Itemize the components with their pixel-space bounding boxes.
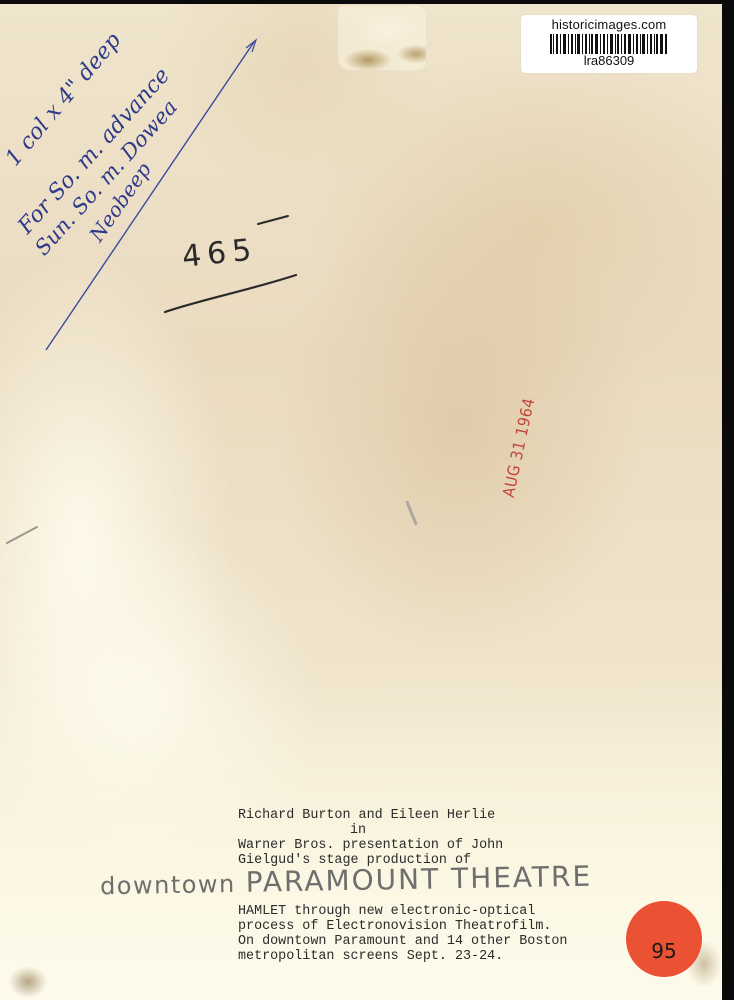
- typed-caption-top: Richard Burton and Eileen Herlie inWarne…: [238, 808, 503, 868]
- stain-bottom-left: [4, 956, 52, 1000]
- caption-line: On downtown Paramount and 14 other Bosto…: [238, 934, 567, 949]
- pencil-annotation-lower: downtown: [100, 870, 236, 900]
- typed-caption-bottom: HAMLET through new electronic-optical pr…: [238, 904, 567, 964]
- scanned-photo-back: historicimages.com: [0, 0, 734, 1000]
- pencil-annotation-caps: PARAMOUNT THEATRE: [245, 860, 592, 899]
- sticker-number: 95: [651, 939, 676, 963]
- barcode-site-text: historicimages.com: [521, 15, 697, 32]
- number-sticker: 95: [626, 901, 702, 977]
- caption-line: metropolitan screens Sept. 23-24.: [238, 949, 503, 964]
- caption-line: process of Electronovision Theatrofilm.: [238, 919, 551, 934]
- caption-line: HAMLET through new electronic-optical: [238, 904, 535, 919]
- tape-residue: [338, 6, 426, 70]
- caption-line: in: [238, 823, 503, 838]
- caption-line: Warner Bros. presentation of John: [238, 838, 503, 853]
- barcode-item-id: lra86309: [521, 54, 697, 68]
- caption-line: Richard Burton and Eileen Herlie: [238, 808, 495, 823]
- barcode-label: historicimages.com: [521, 15, 697, 73]
- barcode-icon: [550, 34, 668, 54]
- pencil-smudge: [405, 500, 418, 525]
